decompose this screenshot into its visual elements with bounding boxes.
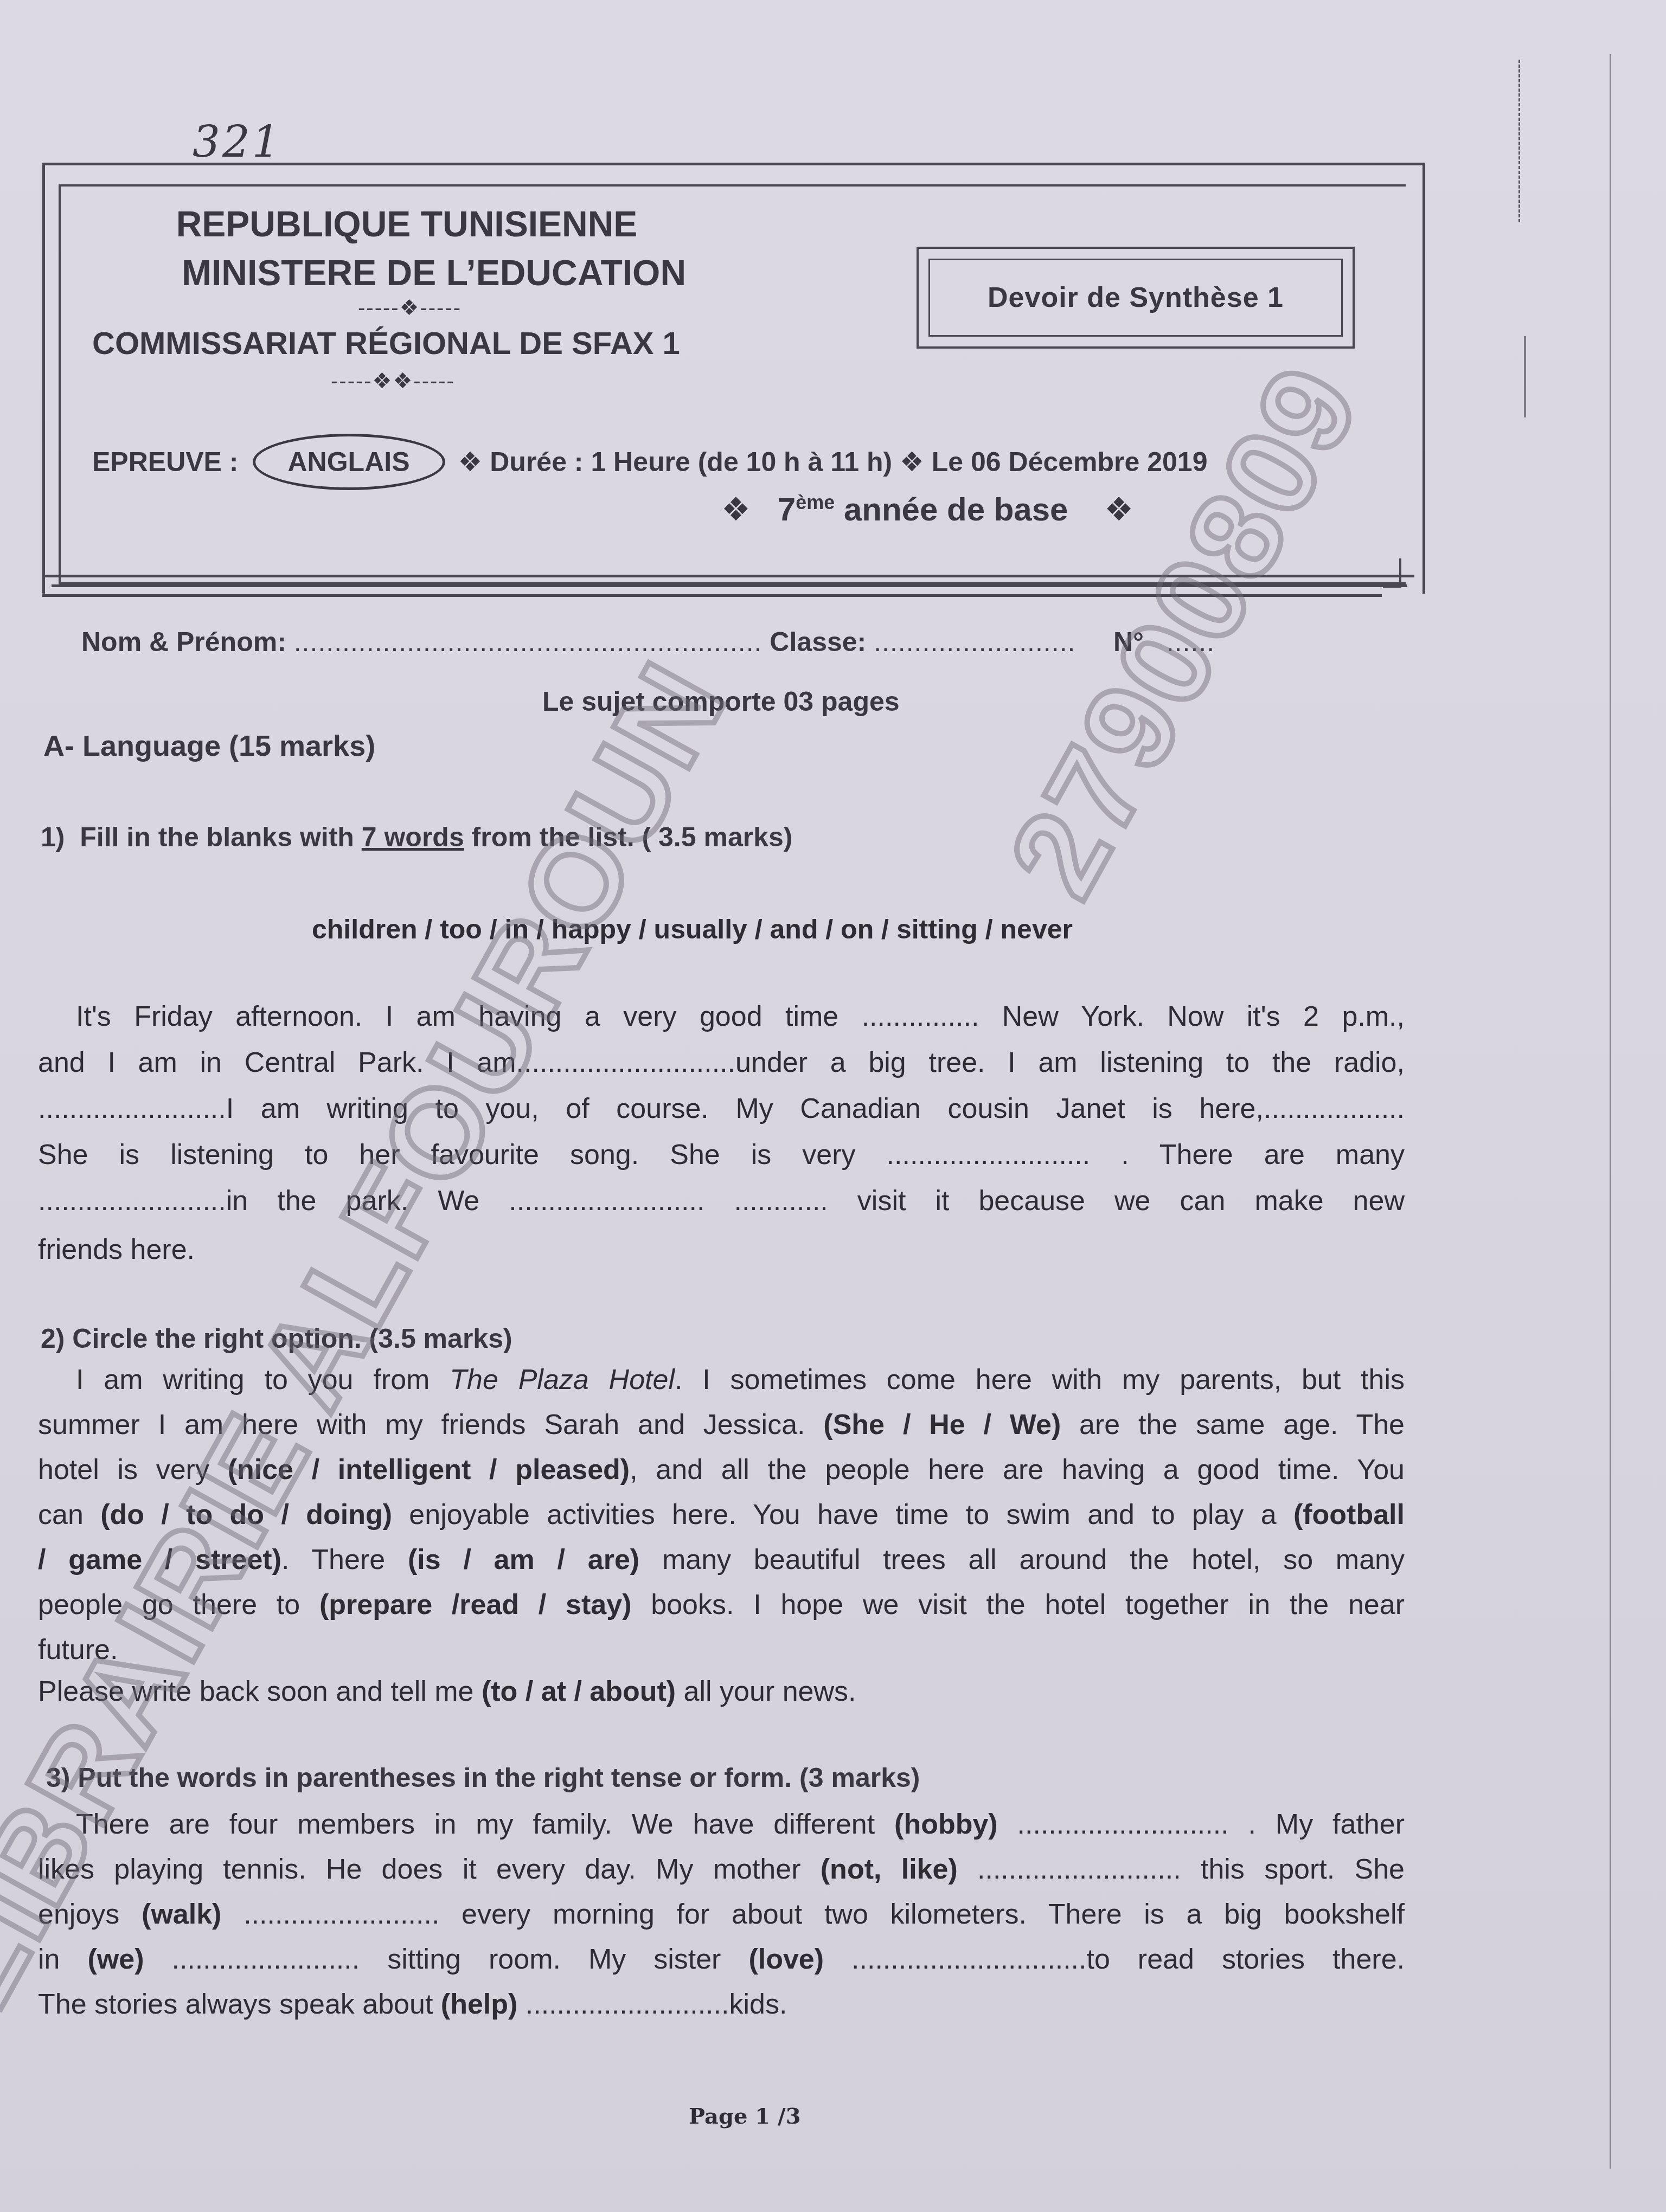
passage-line: and I am in Central Park. I am..........…	[38, 1046, 1405, 1079]
passage-line: ........................in the park. We …	[38, 1185, 1405, 1217]
margin-dashed-line	[1518, 60, 1522, 222]
option-group[interactable]: (to / at / about)	[482, 1676, 676, 1707]
class-level: ❖ 7ème année de base ❖	[721, 491, 1133, 529]
passage-line: Please write back soon and tell me (to /…	[38, 1675, 1405, 1708]
passage-line: friends here.	[38, 1233, 1405, 1266]
ornament-icon: ❖	[721, 491, 751, 528]
exam-page: 321 REPUBLIQUE TUNISIENNE MINISTERE DE L…	[0, 0, 1666, 2212]
right-margin-mark	[1524, 336, 1526, 417]
exam-type-box: Devoir de Synthèse 1	[917, 247, 1355, 349]
option-group[interactable]: (prepare /read / stay)	[319, 1589, 632, 1621]
exam-type-label: Devoir de Synthèse 1	[928, 259, 1343, 337]
ornament-icon: -----❖❖-----	[331, 369, 455, 394]
option-group[interactable]: (hobby)	[894, 1809, 998, 1840]
passage-line: The stories always speak about (help) ..…	[38, 1988, 1405, 2021]
section-title: A- Language (15 marks)	[43, 729, 375, 763]
commissariat-heading: COMMISSARIAT RÉGIONAL DE SFAX 1	[92, 325, 680, 362]
handwritten-mark: 321	[193, 117, 282, 167]
passage-line: There are four members in my family. We …	[38, 1808, 1405, 1841]
passage-line: ........................I am writing to …	[38, 1092, 1405, 1125]
ministry-heading: MINISTERE DE L’EDUCATION	[136, 252, 732, 293]
q3-title: 3) Put the words in parentheses in the r…	[46, 1762, 920, 1793]
option-group[interactable]: (She / He / We)	[823, 1409, 1061, 1441]
option-group[interactable]: (we)	[87, 1944, 144, 1975]
page-number: Page 1 /3	[689, 2104, 800, 2129]
passage-line: in (we) ........................ sitting…	[38, 1943, 1405, 1976]
option-group[interactable]: (football	[1293, 1499, 1405, 1531]
republic-heading: REPUBLIQUE TUNISIENNE	[136, 203, 678, 245]
corner-mark	[1383, 558, 1401, 588]
option-group[interactable]: (is / am / are)	[408, 1544, 639, 1576]
option-group[interactable]: (help)	[441, 1989, 518, 2020]
option-group[interactable]: (not, like)	[821, 1854, 958, 1885]
name-label: Nom & Prénom:	[81, 627, 286, 657]
q1-word-list: children / too / in / happy / usually / …	[312, 914, 1073, 945]
option-group[interactable]: (love)	[748, 1944, 824, 1975]
passage-line: enjoys (walk) ......................... …	[38, 1898, 1405, 1931]
class-field[interactable]: .........................	[874, 627, 1075, 657]
passage-line: likes playing tennis. He does it every d…	[38, 1853, 1405, 1886]
epreuve-label: EPREUVE :	[92, 446, 239, 478]
subject-oval: ANGLAIS	[253, 434, 445, 490]
passage-line: She is listening to her favourite song. …	[38, 1139, 1405, 1171]
passage-line: It's Friday afternoon. I am having a ver…	[38, 1000, 1405, 1033]
name-field[interactable]: ........................................…	[294, 627, 762, 657]
option-group[interactable]: (walk)	[142, 1899, 221, 1930]
duration-date-text: ❖ Durée : 1 Heure (de 10 h à 11 h) ❖ Le …	[458, 446, 1208, 478]
passage-line: future.	[38, 1634, 1405, 1666]
exam-info-row: EPREUVE : ANGLAIS ❖ Durée : 1 Heure (de …	[92, 434, 1207, 490]
page-edge-line	[1610, 54, 1611, 2169]
class-label: Classe:	[770, 627, 866, 657]
ornament-icon: -----❖-----	[358, 295, 462, 320]
ornament-icon: ❖	[1104, 491, 1133, 528]
